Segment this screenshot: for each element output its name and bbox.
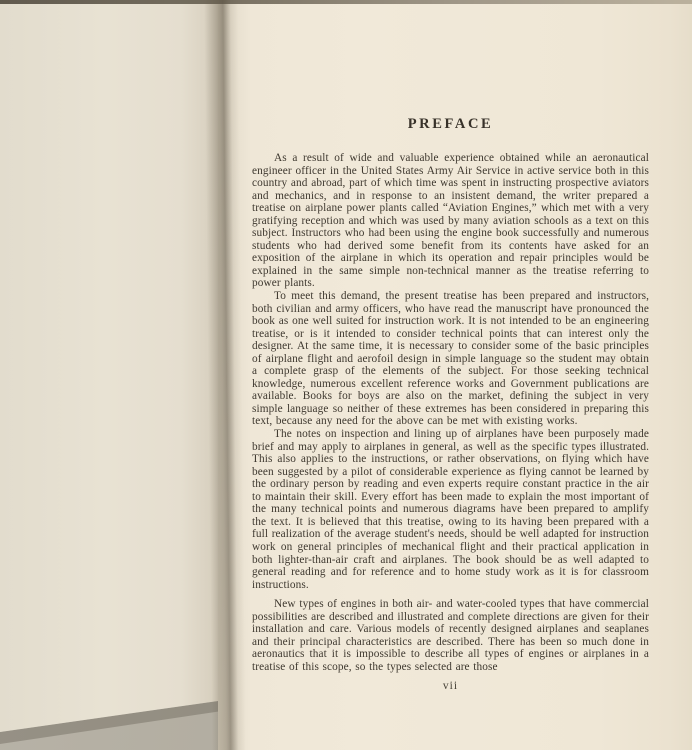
- preface-paragraph-1: As a result of wide and valuable experie…: [252, 152, 649, 290]
- page-title: PREFACE: [252, 116, 649, 133]
- facing-page: [0, 0, 232, 750]
- photo-top-edge: [0, 0, 692, 4]
- book-photo: PREFACE As a result of wide and valuable…: [0, 0, 692, 750]
- page-number: vii: [252, 680, 649, 692]
- preface-text-block: PREFACE As a result of wide and valuable…: [252, 116, 649, 692]
- preface-paragraph-2: To meet this demand, the present treatis…: [252, 290, 649, 428]
- preface-paragraph-4: New types of engines in both air- and wa…: [252, 598, 649, 673]
- preface-paragraph-3: The notes on inspection and lining up of…: [252, 428, 649, 591]
